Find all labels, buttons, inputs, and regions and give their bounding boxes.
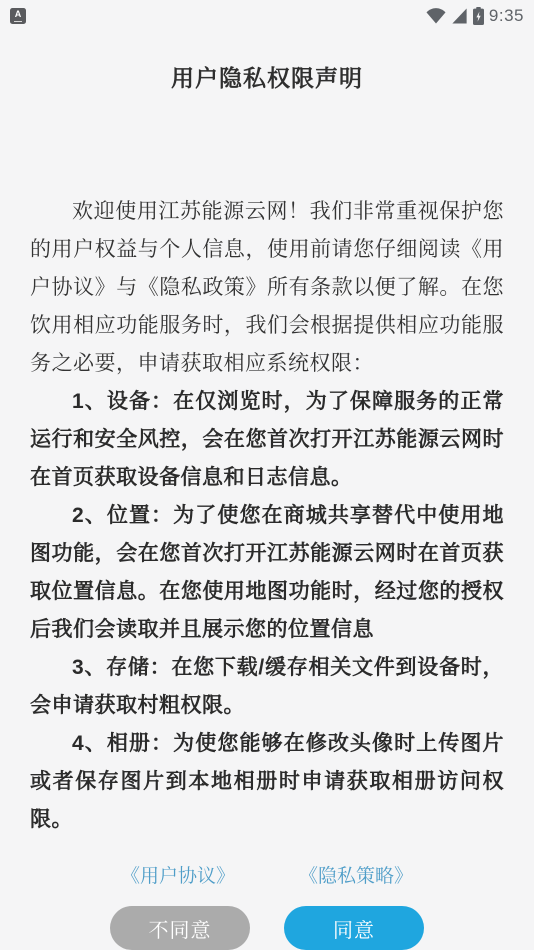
status-bar-left: A	[10, 8, 26, 24]
permission-item-location: 2、位置：为了使您在商城共享替代中使用地图功能，会在您首次打开江苏能源云网时在首…	[30, 497, 504, 649]
consent-buttons-row: 不同意 同意	[0, 906, 534, 950]
privacy-statement-body: 欢迎使用江苏能源云网！我们非常重视保护您的用户权益与个人信息，使用前请您仔细阅读…	[30, 93, 504, 839]
privacy-policy-link[interactable]: 《隐私策略》	[299, 861, 413, 888]
permission-item-storage: 3、存储：在您下载/缓存相关文件到设备时，会申请获取村粗权限。	[30, 649, 504, 725]
clock-time: 9:35	[489, 6, 524, 26]
app-notification-icon-subline	[14, 21, 22, 22]
wifi-icon	[426, 8, 446, 24]
user-agreement-link[interactable]: 《用户协议》	[121, 861, 235, 888]
status-bar: A 9:35	[0, 0, 534, 28]
app-notification-icon-letter: A	[15, 10, 22, 19]
cellular-signal-icon	[451, 8, 468, 24]
disagree-button[interactable]: 不同意	[110, 906, 250, 950]
page-title: 用户隐私权限声明	[0, 60, 534, 93]
policy-links-row: 《用户协议》 《隐私策略》	[0, 861, 534, 888]
permission-item-album: 4、相册：为使您能够在修改头像时上传图片或者保存图片到本地相册时申请获取相册访问…	[30, 725, 504, 839]
battery-charging-icon	[473, 7, 484, 25]
permission-item-device: 1、设备：在仅浏览时，为了保障服务的正常运行和安全风控，会在您首次打开江苏能源云…	[30, 383, 504, 497]
status-bar-right: 9:35	[426, 6, 524, 26]
app-notification-icon: A	[10, 8, 26, 24]
agree-button[interactable]: 同意	[284, 906, 424, 950]
privacy-intro-paragraph: 欢迎使用江苏能源云网！我们非常重视保护您的用户权益与个人信息，使用前请您仔细阅读…	[30, 193, 504, 383]
